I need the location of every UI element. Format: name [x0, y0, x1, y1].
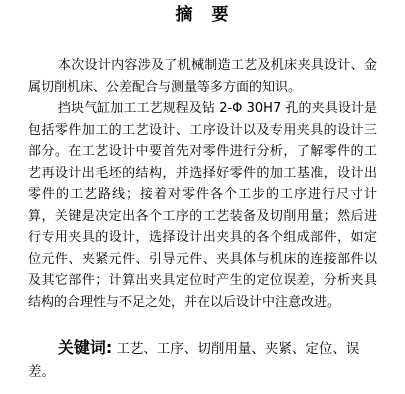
paragraph-overview: 本次设计内容涉及了机械制造工艺及机床夹具设计、金属切削机床、公差配合与测量等多方…: [28, 55, 377, 98]
page-title: 摘 要: [28, 5, 377, 25]
abstract-page: 摘 要 本次设计内容涉及了机械制造工艺及机床夹具设计、金属切削机床、公差配合与测…: [0, 0, 405, 394]
paragraph-design-details: 挡块气缸加工工艺规程及钻 2-Φ 30H7 孔的夹具设计是包括零件加工的工艺设计…: [28, 98, 377, 313]
keywords-line: 关键词: 工艺、工序、切削用量、夹紧、定位、误差。: [28, 337, 377, 384]
keywords-label: 关键词:: [58, 338, 112, 357]
abstract-body: 本次设计内容涉及了机械制造工艺及机床夹具设计、金属切削机床、公差配合与测量等多方…: [28, 55, 377, 313]
